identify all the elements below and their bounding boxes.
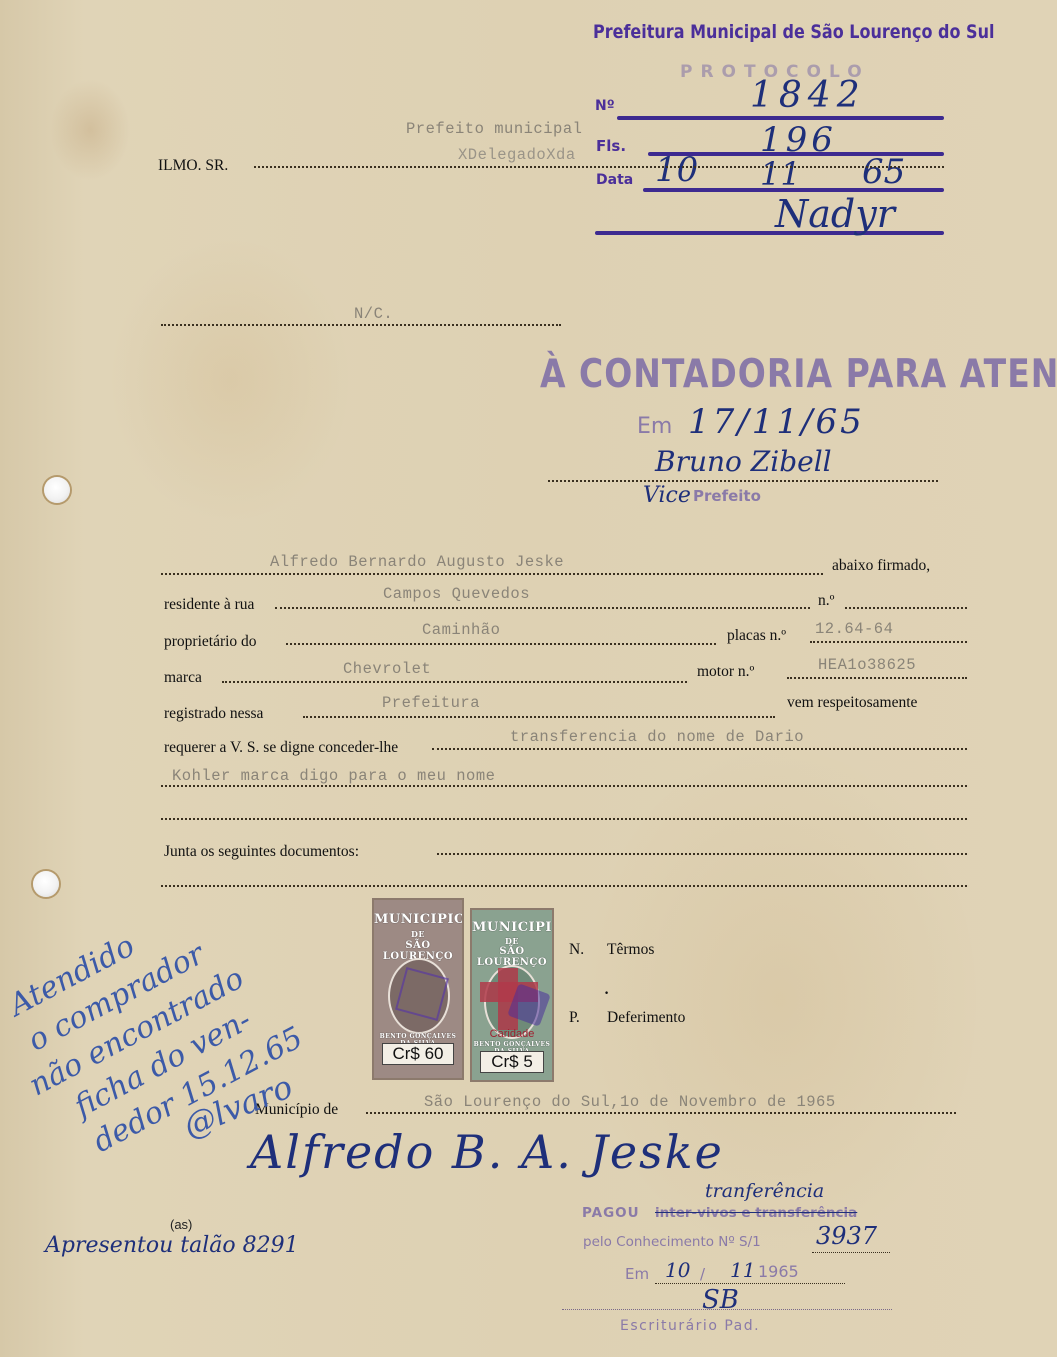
stamp-value: Cr$ 60 <box>382 1043 454 1065</box>
folio-value: 196 <box>760 120 837 160</box>
closing-dot: · <box>604 985 609 1003</box>
receipt-date-sep: / <box>700 1265 705 1283</box>
receipt-paid-label: PAGOU <box>582 1205 640 1221</box>
street-value: Campos Quevedos <box>383 585 530 603</box>
receipt-handwritten-correction: tranferência <box>705 1180 824 1202</box>
street-line <box>275 607 810 609</box>
footer-note: Apresentou talão 8291 <box>45 1233 299 1258</box>
addressee-typed-line1: Prefeito municipal <box>406 120 582 138</box>
stamp-de: DE <box>374 929 462 939</box>
dispatch-signature-prefix: Vice <box>643 483 691 508</box>
closing-n-text: Têrmos <box>607 941 654 959</box>
clerk-signature: Nadyr <box>775 192 895 236</box>
applicant-name: Alfredo Bernardo Augusto Jeske <box>270 553 564 571</box>
stamp-de: DE <box>472 936 552 946</box>
stamp-overprint: Caridade <box>472 1028 552 1040</box>
stamp-title: MUNICIPIO <box>374 912 462 927</box>
punch-hole-top <box>44 477 70 503</box>
documents-line1 <box>437 853 967 855</box>
footer-superscript: (as) <box>170 1217 192 1232</box>
owner-value: Caminhão <box>422 621 500 639</box>
documents-line2 <box>161 885 967 887</box>
request-label: requerer a V. S. se digne conceder-lhe <box>164 739 398 757</box>
respectfully-text: vem respeitosamente <box>787 694 917 712</box>
protocol-number-value: 1842 <box>750 75 866 116</box>
date-label: Data <box>596 172 633 188</box>
addressee-line <box>254 166 944 168</box>
receipt-date-label: Em <box>625 1265 649 1283</box>
receipt-initials: SB <box>702 1285 739 1315</box>
receipt-date-month: 11 <box>730 1258 755 1282</box>
punch-hole-bottom <box>33 871 59 897</box>
applicant-suffix: abaixo firmado, <box>832 557 930 575</box>
request-line2-dots <box>161 785 967 787</box>
dispatch-date-label: Em <box>637 414 672 439</box>
dispatch-stamp-text: À CONTADORIA PARA ATENDER <box>540 350 1057 397</box>
receipt-number-line <box>812 1252 890 1253</box>
plates-label: placas n.º <box>727 627 786 645</box>
stamp-title: MUNICIPIO <box>472 920 552 935</box>
applicant-signature: Alfredo B. A. Jeske <box>250 1125 724 1179</box>
registered-value: Prefeitura <box>382 694 480 712</box>
place-date: São Lourenço do Sul,1o de Novembro de 19… <box>424 1093 836 1111</box>
protocol-date-year: 65 <box>862 152 905 192</box>
closing-p-letter: P. <box>569 1009 580 1027</box>
nc-typed: N/C. <box>354 305 393 323</box>
folio-label: Fls. <box>596 137 626 155</box>
protocol-office-stamp: Prefeitura Municipal de São Lourenço do … <box>593 21 994 43</box>
dispatch-date-value: 17/11/65 <box>688 402 865 442</box>
receipt-date-year: 1965 <box>758 1262 799 1281</box>
motor-value: HEA1o38625 <box>818 656 916 674</box>
request-line1-dots <box>432 748 967 750</box>
nc-line <box>161 324 561 326</box>
request-line1: transferencia do nome de Dario <box>510 728 804 746</box>
owner-label: proprietário do <box>164 633 257 651</box>
dispatch-signature: Bruno Zibell <box>655 445 832 478</box>
street-label: residente à rua <box>164 596 254 614</box>
registered-line <box>303 716 775 718</box>
applicant-line <box>161 573 823 575</box>
motor-label: motor n.º <box>697 663 754 681</box>
municipality-line <box>366 1112 956 1114</box>
brand-label: marca <box>164 669 202 687</box>
addressee-typed-line2: XDelegadoXda <box>458 146 576 164</box>
plates-line <box>810 641 967 643</box>
receipt-date-line <box>655 1283 845 1284</box>
addressee-label: ILMO. SR. <box>158 157 228 175</box>
owner-line <box>286 643 716 645</box>
closing-p-text: Deferimento <box>607 1009 685 1027</box>
brand-value: Chevrolet <box>343 660 431 678</box>
revenue-stamp-60: MUNICIPIO DE SÃO LOURENÇO BENTO GONÇALVE… <box>372 898 464 1080</box>
brand-line <box>222 681 687 683</box>
receipt-signature-line <box>562 1309 892 1310</box>
receipt-clerk-label: Escriturário Pad. <box>620 1318 760 1334</box>
dispatch-role: Prefeito <box>693 487 761 505</box>
receipt-struck-text: inter-vivos e transferência <box>655 1205 857 1221</box>
protocol-date-day: 10 <box>655 150 698 190</box>
closing-n-letter: N. <box>569 941 584 959</box>
plates-value: 12.64-64 <box>815 620 893 638</box>
receipt-label: pelo Conhecimento Nº S/1 <box>583 1234 761 1250</box>
registered-label: registrado nessa <box>164 705 263 723</box>
street-number-line <box>845 607 967 609</box>
request-line2: Kohler marca digo para o meu nome <box>172 767 495 785</box>
motor-line <box>787 677 967 679</box>
documents-label: Junta os seguintes documentos: <box>164 843 359 861</box>
protocol-date-month: 11 <box>760 155 801 193</box>
receipt-number: 3937 <box>816 1222 877 1250</box>
receipt-date-day: 10 <box>665 1258 690 1282</box>
stamp-value: Cr$ 5 <box>480 1051 544 1073</box>
revenue-stamp-5: MUNICIPIO DE SÃO LOURENÇO Caridade BENTO… <box>470 908 554 1082</box>
street-number-label: n.º <box>818 592 834 610</box>
blank-line <box>161 818 967 820</box>
dispatch-signature-line <box>548 480 938 482</box>
protocol-number-label: Nº <box>595 98 615 114</box>
